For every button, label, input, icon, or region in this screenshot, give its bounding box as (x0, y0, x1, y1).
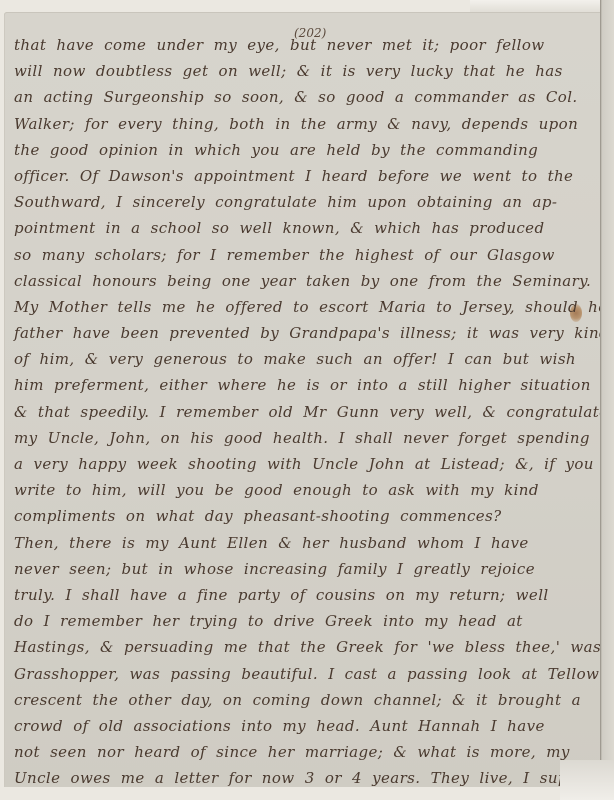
text-line: my Uncle, John, on his good health. I sh… (14, 425, 614, 451)
text-line: the good opinion in which you are held b… (14, 137, 614, 163)
text-line: compliments on what day pheasant-shootin… (14, 503, 614, 529)
text-line: never seen; but in whose increasing fami… (14, 556, 614, 582)
handwritten-text-body: that have come under my eye, but never m… (14, 32, 614, 791)
text-line: of him, & very generous to make such an … (14, 346, 614, 372)
text-line: so many scholars; for I remember the hig… (14, 242, 614, 268)
text-line: & that speedily. I remember old Mr Gunn … (14, 399, 614, 425)
text-line: an acting Surgeonship so soon, & so good… (14, 84, 614, 110)
text-line: crescent the other day, on coming down c… (14, 687, 614, 713)
text-line: truly. I shall have a fine party of cous… (14, 582, 614, 608)
text-line: Then, there is my Aunt Ellen & her husba… (14, 530, 614, 556)
text-line: pointment in a school so well known, & w… (14, 215, 614, 241)
text-line: that have come under my eye, but never m… (14, 32, 614, 58)
text-line: Uncle owes me a letter for now 3 or 4 ye… (14, 765, 614, 791)
text-line: do I remember her trying to drive Greek … (14, 608, 614, 634)
text-line: Hastings, & persuading me that the Greek… (14, 634, 614, 660)
text-line: officer. Of Dawson's appointment I heard… (14, 163, 614, 189)
text-line: write to him, will you be good enough to… (14, 477, 614, 503)
text-line: father have been prevented by Grandpapa'… (14, 320, 614, 346)
text-line: him preferment, either where he is or in… (14, 372, 614, 398)
text-line: Walker; for every thing, both in the arm… (14, 111, 614, 137)
text-line: will now doubtless get on well; & it is … (14, 58, 614, 84)
text-line: not seen nor heard of since her marriage… (14, 739, 614, 765)
text-line: a very happy week shooting with Uncle Jo… (14, 451, 614, 477)
text-line: My Mother tells me he offered to escort … (14, 294, 614, 320)
manuscript-scan: (202) that have come under my eye, but n… (0, 0, 614, 800)
text-line: crowd of old associations into my head. … (14, 713, 614, 739)
text-line: Grasshopper, was passing beautiful. I ca… (14, 661, 614, 687)
book-gutter (600, 0, 614, 800)
text-line: Southward, I sincerely congratulate him … (14, 189, 614, 215)
page-curl-bottom (560, 760, 614, 800)
text-line: classical honours being one year taken b… (14, 268, 614, 294)
